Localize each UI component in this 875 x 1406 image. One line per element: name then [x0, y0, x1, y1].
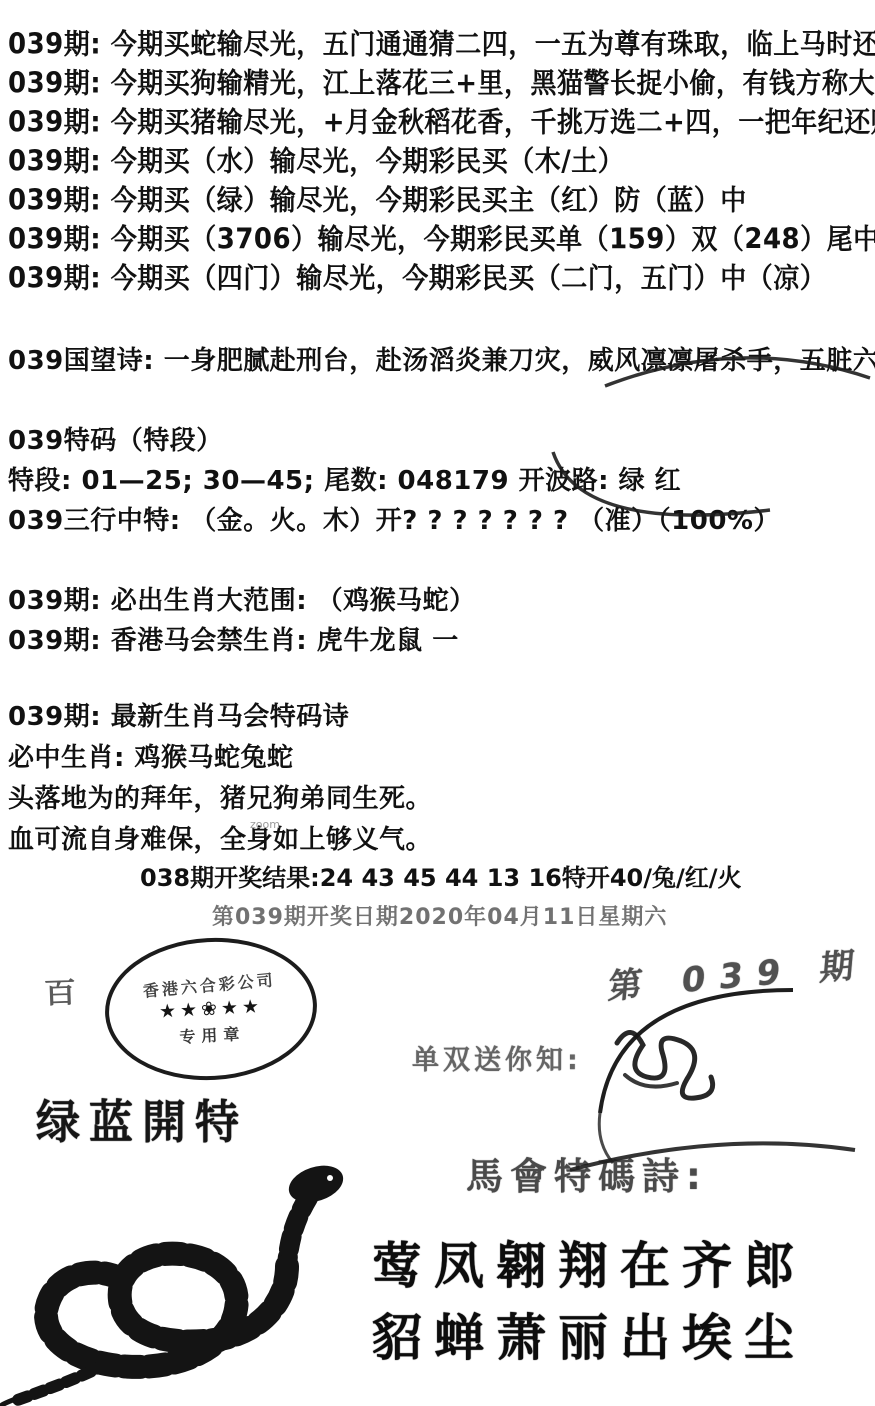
tema-range: 特段: 01—25; 30—45; 尾数: 048179 开波路: 绿 红: [8, 460, 681, 497]
company-seal: 香港六合彩公司 ★★❀★★ 专用章: [101, 933, 320, 1086]
tema-title: 039特码（特段）: [8, 420, 223, 457]
zodiac-poem-title: 039期: 最新生肖马会特码诗: [8, 696, 349, 733]
tip-line-gates: 039期: 今期买（四门）输尽光，今期彩民买（二门，五门）中（凉）: [8, 256, 826, 296]
seal-bottom-text: 专用章: [179, 1021, 246, 1047]
lvlan-kaite-text: 绿蓝開特: [36, 1084, 248, 1151]
handwritten-issue-number: 第 039 期: [606, 936, 870, 1008]
verse-line-1: 莺凤翱翔在齐郎: [372, 1226, 806, 1298]
danshuang-label: 单双送你知:: [412, 1038, 582, 1077]
tip-line-snake: 039期: 今期买蛇输尽光，五门通通猜二四，一五为尊有珠取，临上马时还送酒。: [8, 22, 875, 62]
zodiac-poem-line3: 血可流自身难保，全身如上够义气。: [8, 819, 432, 856]
mahui-verse-title: 馬會特碼詩:: [466, 1146, 708, 1200]
tema-sanxing: 039三行中特: （金。火。木）开? ? ? ? ? ? ? （准）（100%）: [8, 500, 780, 537]
next-draw-date: 第039期开奖日期2020年04月11日星期六: [212, 900, 667, 931]
guowang-poem-line: 039国望诗: 一身肥腻赴刑台，赴汤滔炎兼刀灾，威风凛凛屠杀手，五脏六腑受解裁。: [8, 340, 875, 377]
snake-illustration: [0, 1140, 365, 1406]
tip-line-dog: 039期: 今期买狗输精光，江上落花三+里，黑猫警长捉小偷，有钱方称大富豪。: [8, 61, 875, 101]
scribble-signature: [595, 1015, 725, 1110]
snake-head: [284, 1159, 348, 1209]
tip-line-green: 039期: 今期买（绿）输尽光，今期彩民买主（红）防（蓝）中: [8, 178, 747, 218]
tip-line-numbers: 039期: 今期买（3706）输尽光，今期彩民买单（159）双（248）尾中: [8, 217, 875, 257]
tip-line-water: 039期: 今期买（水）输尽光，今期彩民买（木/土）: [8, 139, 624, 179]
must-zodiac-line: 039期: 必出生肖大范围: （鸡猴马蛇）: [8, 580, 476, 617]
ban-zodiac-line: 039期: 香港马会禁生肖: 虎牛龙鼠 一: [8, 620, 459, 657]
stamp-left-mark: 百: [43, 970, 78, 1013]
zodiac-poem-line2: 头落地为的拜年，猪兄狗弟同生死。: [8, 778, 432, 815]
zoom-watermark: zoom: [250, 818, 280, 831]
verse-line-2: 貂蝉萧丽出埃尘: [372, 1298, 806, 1370]
tip-line-pig: 039期: 今期买猪输尽光，+月金秋稻花香，千挑万选二+四，一把年纪还赌码。: [8, 100, 875, 140]
last-draw-results: 038期开奖结果:24 43 45 44 13 16特开40/兔/红/火: [140, 858, 742, 893]
zodiac-poem-line1: 必中生肖: 鸡猴马蛇兔蛇: [8, 737, 293, 774]
lottery-tip-sheet: 039期: 今期买蛇输尽光，五门通通猜二四，一五为尊有珠取，临上马时还送酒。 0…: [0, 0, 875, 1406]
